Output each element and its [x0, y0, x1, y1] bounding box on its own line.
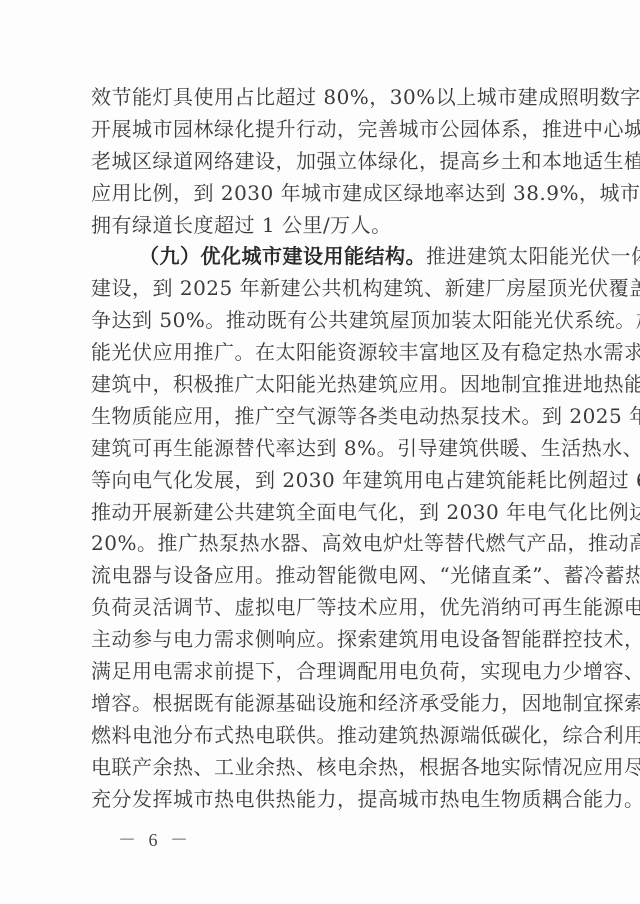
text-line: 充分发挥城市热电供热能力，提高城市热电生物质耦合能力。引 [91, 784, 553, 816]
text-line: 满足用电需求前提下，合理调配用电负荷，实现电力少增容、不 [91, 656, 553, 688]
text-line: 负荷灵活调节、虚拟电厂等技术应用，优先消纳可再生能源电力， [91, 592, 553, 624]
text-line: 流电器与设备应用。推动智能微电网、“光储直柔”、蓄冷蓄热、 [91, 560, 553, 592]
text-line: 效节能灯具使用占比超过 80%，30%以上城市建成照明数字化系统。 [91, 82, 553, 114]
text-line: 老城区绿道网络建设，加强立体绿化，提高乡土和本地适生植物 [91, 146, 553, 178]
text-line: 建筑中，积极推广太阳能光热建筑应用。因地制宜推进地热能、 [91, 369, 553, 401]
text-line: 等向电气化发展，到 2030 年建筑用电占建筑能耗比例超过 65%。 [91, 465, 553, 497]
text-line: 20%。推广热泵热水器、高效电炉灶等替代燃气产品，推动高效直 [91, 528, 553, 560]
text-line: 增容。根据既有能源基础设施和经济承受能力，因地制宜探索氢 [91, 688, 553, 720]
text-line: 燃料电池分布式热电联供。推动建筑热源端低碳化，综合利用热 [91, 720, 553, 752]
section-heading-continuation: 推进建筑太阳能光伏一体化 [426, 244, 640, 268]
text-line: 争达到 50%。推动既有公共建筑屋顶加装太阳能光伏系统。加快智 [91, 305, 553, 337]
document-page: 效节能灯具使用占比超过 80%，30%以上城市建成照明数字化系统。 开展城市园林… [0, 0, 640, 904]
text-line: 开展城市园林绿化提升行动，完善城市公园体系，推进中心城区、 [91, 114, 553, 146]
text-line: 建设，到 2025 年新建公共机构建筑、新建厂房屋顶光伏覆盖率力 [91, 273, 553, 305]
section-heading-line: （九）优化城市建设用能结构。推进建筑太阳能光伏一体化 [91, 241, 553, 273]
text-line: 能光伏应用推广。在太阳能资源较丰富地区及有稳定热水需求的 [91, 337, 553, 369]
text-line: 建筑可再生能源替代率达到 8%。引导建筑供暖、生活热水、炊事 [91, 433, 553, 465]
text-line: 推动开展新建公共建筑全面电气化，到 2030 年电气化比例达到 [91, 497, 553, 529]
text-line: 应用比例，到 2030 年城市建成区绿地率达到 38.9%，城市建成区 [91, 178, 553, 210]
body-text: 效节能灯具使用占比超过 80%，30%以上城市建成照明数字化系统。 开展城市园林… [91, 82, 553, 815]
text-line: 电联产余热、工业余热、核电余热，根据各地实际情况应用尽用。 [91, 752, 553, 784]
text-line: 主动参与电力需求侧响应。探索建筑用电设备智能群控技术，在 [91, 624, 553, 656]
page-number: － 6 － [118, 826, 192, 852]
text-line: 拥有绿道长度超过 1 公里/万人。 [91, 210, 553, 242]
text-line: 生物质能应用，推广空气源等各类电动热泵技术。到 2025 年城镇 [91, 401, 553, 433]
section-heading: （九）优化城市建设用能结构。 [139, 244, 426, 268]
